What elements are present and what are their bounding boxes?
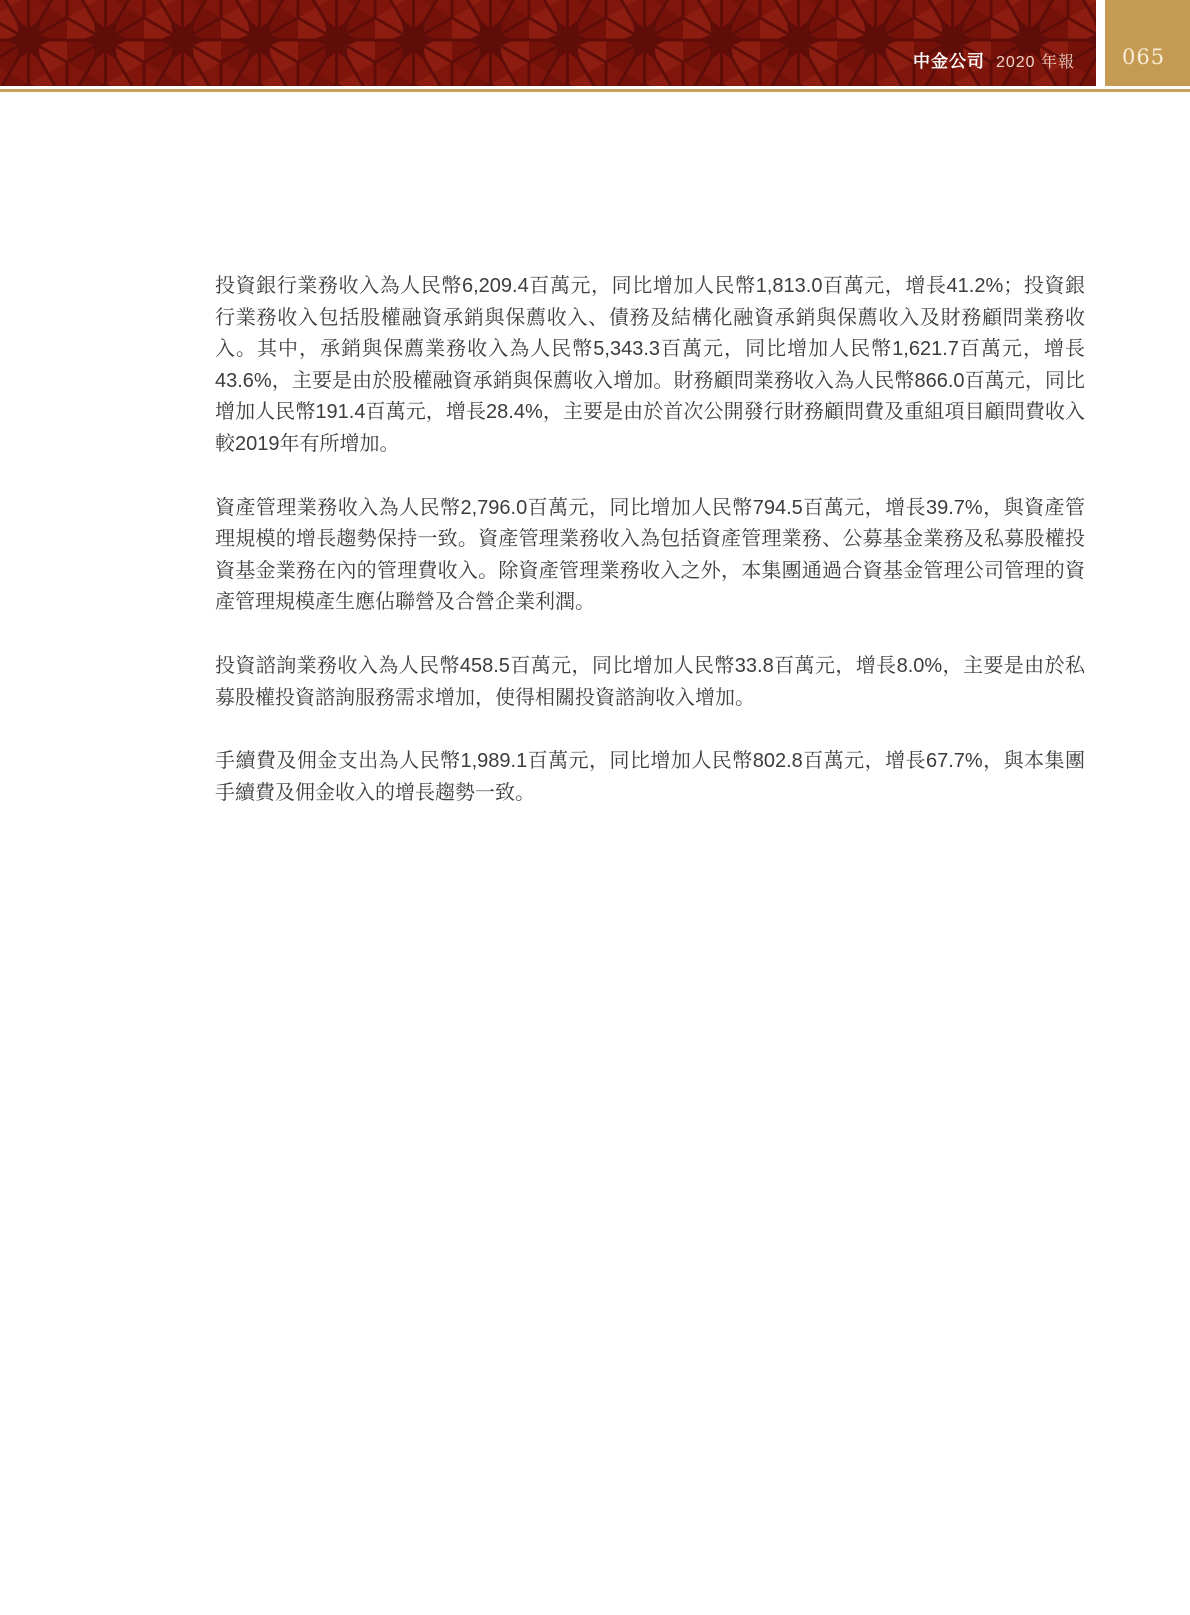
paragraph-investment-advisory: 投資諮詢業務收入為人民幣458.5百萬元，同比增加人民幣33.8百萬元，增長8.…: [215, 651, 1085, 714]
header-report-title: 2020 年報: [996, 54, 1075, 71]
paragraph-investment-banking: 投資銀行業務收入為人民幣6,209.4百萬元，同比增加人民幣1,813.0百萬元…: [215, 271, 1085, 461]
header-company-name: 中金公司: [913, 52, 985, 71]
header-rule: [0, 89, 1190, 92]
header-title: 中金公司2020 年報: [913, 53, 1075, 71]
paragraph-asset-management: 資產管理業務收入為人民幣2,796.0百萬元，同比增加人民幣794.5百萬元，增…: [215, 493, 1085, 619]
asanoha-pattern: [0, 0, 1096, 86]
page-header: 中金公司2020 年報 065: [0, 0, 1190, 92]
paragraph-fees-and-commission: 手續費及佣金支出為人民幣1,989.1百萬元，同比增加人民幣802.8百萬元，增…: [215, 746, 1085, 809]
page-number: 065: [1122, 47, 1165, 68]
page-body: 投資銀行業務收入為人民幣6,209.4百萬元，同比增加人民幣1,813.0百萬元…: [215, 271, 1085, 841]
header-band: 中金公司2020 年報: [0, 0, 1096, 86]
page-number-box: 065: [1105, 0, 1190, 86]
